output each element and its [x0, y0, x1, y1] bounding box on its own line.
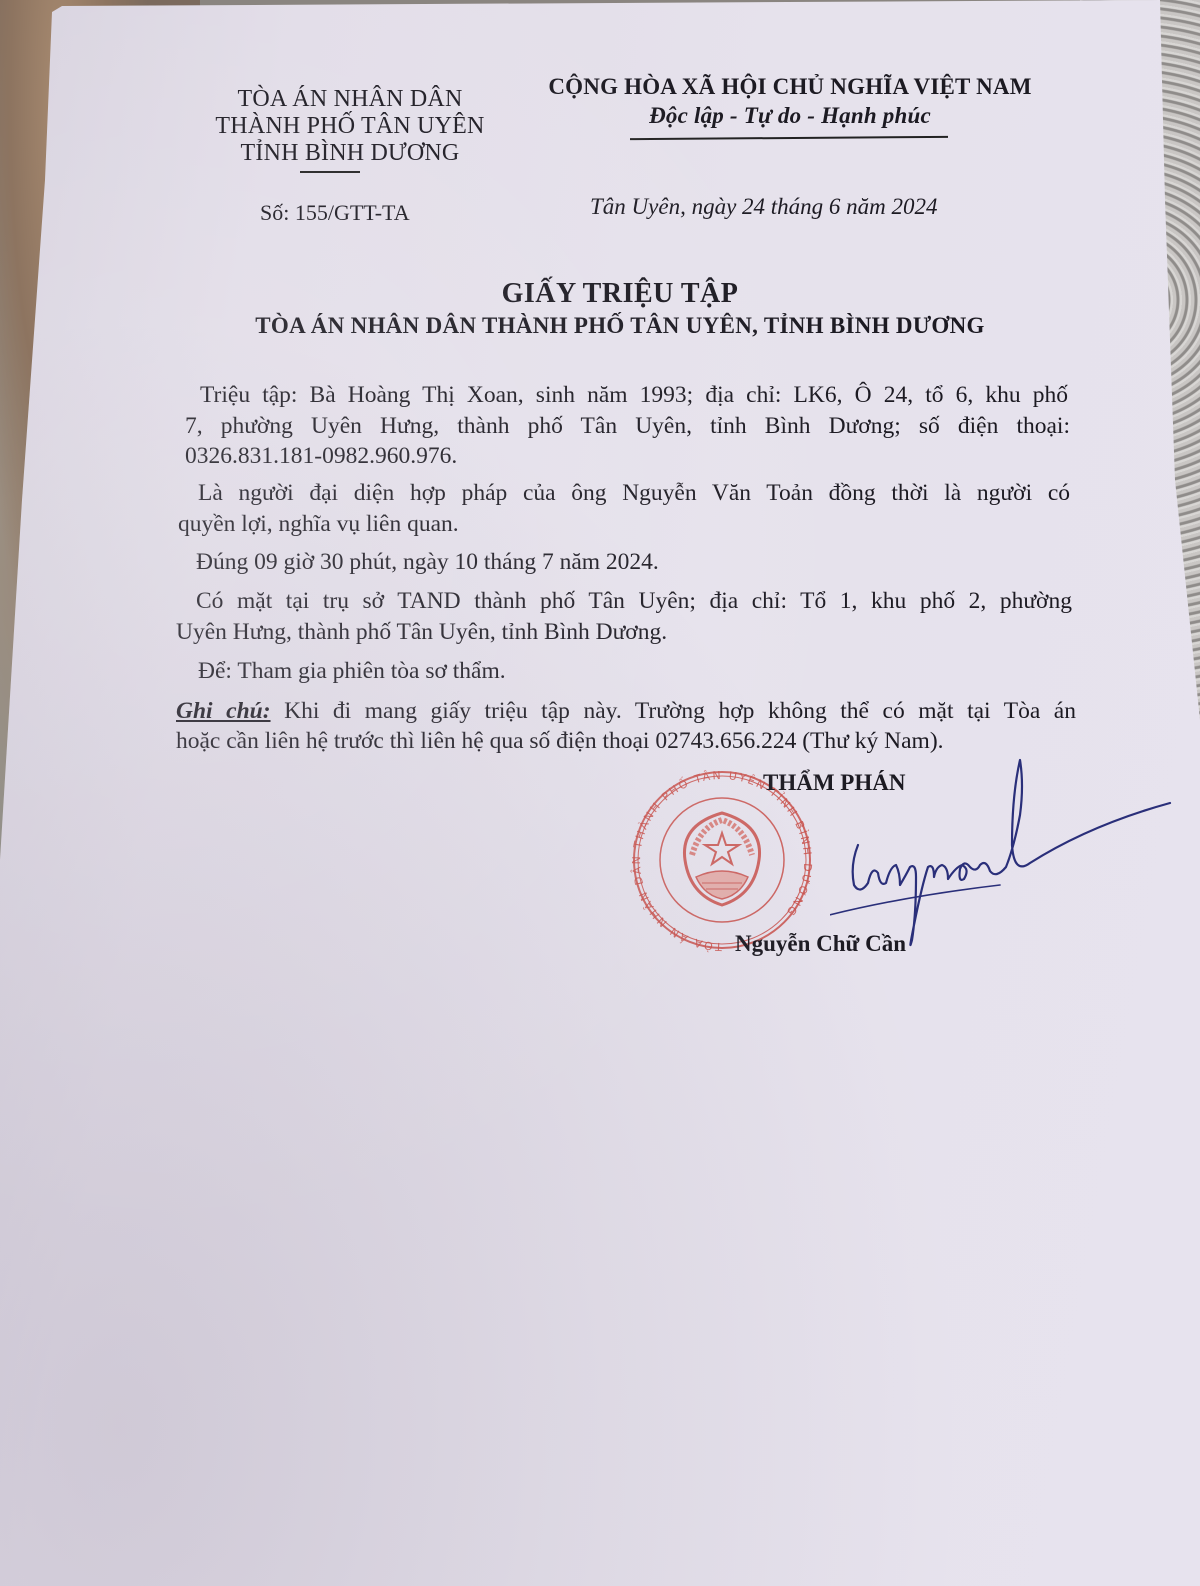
- note-line-1: Ghi chú: Khi đi mang giấy triệu tập này.…: [176, 698, 1076, 725]
- note-text-1: Khi đi mang giấy triệu tập này. Trường h…: [271, 698, 1076, 724]
- issuer-line-3: TỈNH BÌNH DƯƠNG: [190, 140, 510, 167]
- summons-line-3: 0326.831.181-0982.960.976.: [185, 443, 1070, 470]
- national-header: CỘNG HÒA XÃ HỘI CHỦ NGHĨA VIỆT NAM: [520, 74, 1060, 100]
- summons-line-2: 7, phường Uyên Hưng, thành phố Tân Uyên,…: [185, 413, 1070, 440]
- place-line-1: Có mặt tại trụ sở TAND thành phố Tân Uyê…: [196, 588, 1072, 615]
- summons-paper: TÒA ÁN NHÂN DÂN THÀNH PHỐ TÂN UYÊN TỈNH …: [0, 0, 1200, 1586]
- purpose: Để: Tham gia phiên tòa sơ thẩm.: [198, 658, 1083, 685]
- note-label: Ghi chú:: [176, 698, 271, 724]
- motto-underline: [630, 136, 948, 140]
- document-title: GIẤY TRIỆU TẬP: [180, 278, 1060, 310]
- place-line-2: Uyên Hưng, thành phố Tân Uyên, tỉnh Bình…: [176, 619, 1061, 646]
- svg-text:TÒA ÁN NHÂN DÂN THÀNH PHỐ TÂN: TÒA ÁN NHÂN DÂN THÀNH PHỐ TÂN UYÊN TỈNH …: [630, 769, 814, 953]
- role-line-2: quyền lợi, nghĩa vụ liên quan.: [178, 511, 1063, 538]
- signer-name: Nguyễn Chữ Cần: [735, 931, 906, 957]
- place-date: Tân Uyên, ngày 24 tháng 6 năm 2024: [590, 194, 938, 220]
- hearing-time: Đúng 09 giờ 30 phút, ngày 10 tháng 7 năm…: [196, 549, 1081, 576]
- document-subtitle: TÒA ÁN NHÂN DÂN THÀNH PHỐ TÂN UYÊN, TỈNH…: [180, 313, 1060, 339]
- national-motto: Độc lập - Tự do - Hạnh phúc: [520, 103, 1060, 129]
- summons-line-1: Triệu tập: Bà Hoàng Thị Xoan, sinh năm 1…: [200, 382, 1068, 409]
- document-number: Số: 155/GTT-TA: [260, 200, 410, 226]
- role-line-1: Là người đại diện hợp pháp của ông Nguyễ…: [198, 480, 1070, 507]
- note-line-2: hoặc cần liên hệ trước thì liên hệ qua s…: [176, 728, 1061, 755]
- issuer-underline: [300, 171, 360, 173]
- issuer-line-1: TÒA ÁN NHÂN DÂN: [190, 86, 510, 113]
- national-emblem-icon: [684, 813, 759, 905]
- issuer-line-2: THÀNH PHỐ TÂN UYÊN: [190, 113, 510, 140]
